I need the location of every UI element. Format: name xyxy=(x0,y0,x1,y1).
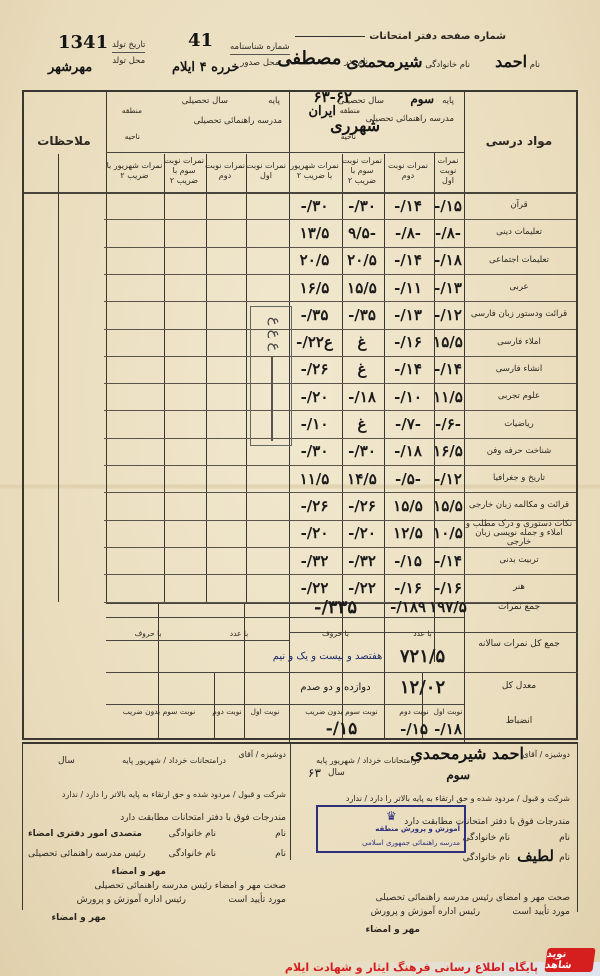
discipline2-term1-label: نوبت اول xyxy=(242,704,288,718)
subject-name: انشاء فارسی xyxy=(462,356,576,383)
grade-shahrivar: ۳۰/- xyxy=(288,192,341,219)
grade-term2: ۱۶/- xyxy=(383,329,433,356)
grade-term2: ۱۰/- xyxy=(383,383,433,410)
grade-shahrivar: ۲۶/- xyxy=(288,356,341,383)
grade-shahrivar: ۳۰/- xyxy=(288,438,341,465)
navid-shahed-logo-icon: نوید شاهد xyxy=(544,948,595,972)
col-header-term3: نمرات نوبت سوم با ضریب ۲ xyxy=(341,152,383,190)
col2-header-term2: نمرات نوبت دوم xyxy=(205,152,245,190)
footer-left: دوشیزه / آقای درامتحانات خرداد / شهریور … xyxy=(28,750,286,923)
grade-term1: ۱۲/- xyxy=(433,301,463,328)
grade-shahrivar: ع۲۲/- xyxy=(288,329,341,356)
grade-shahrivar: ۲۰/۵ xyxy=(288,247,341,274)
grade-term3: ۳۵/- xyxy=(341,301,383,328)
discipline-term3: ۱۵/- xyxy=(288,718,395,740)
subjects-header: مواد درسی xyxy=(462,92,576,190)
grade-shahrivar: ۱۶/۵ xyxy=(288,274,341,301)
subject-name: تعلیمات اجتماعی xyxy=(462,247,576,274)
grade-term3: ۲۰/۵ xyxy=(341,247,383,274)
discipline2-term3-label: نوبت سوم بدون ضریب xyxy=(106,704,212,718)
grade-term2: ۱۵/- xyxy=(383,547,433,574)
grade-term1: ۱۴/- xyxy=(433,356,463,383)
discipline-term2-label: نوبت دوم xyxy=(395,704,433,718)
discipline-term2: ۱۵/- xyxy=(395,718,433,740)
subject-name: تعلیمات دینی xyxy=(462,219,576,246)
grade-term3: ۳۰/- xyxy=(341,438,383,465)
year-block-2: پایه سال تحصیلی مدرسه راهنمائی تحصیلی من… xyxy=(104,94,288,152)
subject-name: شناخت حرفه وفن xyxy=(462,438,576,465)
grade-term1: ۱۵/۵ xyxy=(433,329,463,356)
grade-shahrivar: ۱۱/۵ xyxy=(288,465,341,492)
by-number-label: با عدد xyxy=(383,626,462,640)
discipline-term1-label: نوبت اول xyxy=(433,704,463,718)
father-field: نام پدر مصطفی xyxy=(277,48,368,69)
grade-term2: ۱۴/- xyxy=(383,356,433,383)
subject-name: عربی xyxy=(462,274,576,301)
grade-term3: ۲۰/- xyxy=(341,520,383,547)
grade-term3: غ xyxy=(341,329,383,356)
emblem-icon: ♛ xyxy=(386,809,397,823)
grade-term1: ۱۵/- xyxy=(433,192,463,219)
grade-term1: -۸/- xyxy=(433,219,463,246)
watermark-logo: پایگاه اطلاع رسانی فرهنگ ایثار و شهادت ا… xyxy=(300,948,600,976)
footer-right-line xyxy=(577,742,578,912)
grade-term1: ۱۲/- xyxy=(433,465,463,492)
col-header-shahrivar: نمرات شهریور با ضریب ۲ xyxy=(288,152,341,190)
col-header-term1: نمرات نوبت اول xyxy=(433,152,463,190)
grade-shahrivar: ۲۰/- xyxy=(288,520,341,547)
grade-term1: ۱۴/- xyxy=(433,547,463,574)
grade-term2: ۱۸/- xyxy=(383,438,433,465)
birth-date-label: تاریخ تولد محل تولد xyxy=(112,40,145,66)
grade-term3: ۱۵/۵ xyxy=(341,274,383,301)
grade-term2: ۱۱/- xyxy=(383,274,433,301)
grade-term2: -۸/- xyxy=(383,219,433,246)
year-block-1: پایه سوم سال تحصیلی ۶۳-۶۲ مدرسه راهنمائی… xyxy=(290,94,460,152)
grade-term2: ۱۳/- xyxy=(383,301,433,328)
discipline2-term2-label: نوبت دوم xyxy=(212,704,242,718)
grade-term1: ۱۸/- xyxy=(433,247,463,274)
subject-name: قرآن xyxy=(462,192,576,219)
annual-total-label: جمع کل نمرات سالانه xyxy=(462,624,576,664)
official-stamp: ♛ آموزش و پرورش منطقه مدرسه راهنمائی جمه… xyxy=(316,805,466,853)
annual-total-number: ۷۲۱/۵ xyxy=(383,642,462,670)
discipline-term1: ۱۸/- xyxy=(433,718,463,740)
by-letters-label-2: با حروف xyxy=(106,626,190,640)
grade-term3: ۳۲/- xyxy=(341,547,383,574)
birth-place-value: مهرشهر xyxy=(48,60,92,75)
by-letters-label: با حروف xyxy=(288,626,383,640)
grade-term1: ۱۳/- xyxy=(433,274,463,301)
grade-term2: -۷/- xyxy=(383,410,433,437)
average-number: ۱۲/۰۲ xyxy=(383,672,462,702)
grade-shahrivar: ۱۳/۵ xyxy=(288,219,341,246)
by-number-label-2: با عدد xyxy=(190,626,288,640)
subject-name: علوم تجربی xyxy=(462,383,576,410)
grade-shahrivar: ۳۲/- xyxy=(288,547,341,574)
total-term2: ۱۸۹/- xyxy=(383,592,433,622)
id-number-value: 41 xyxy=(188,30,213,51)
name-field: نام احمد xyxy=(495,52,540,71)
subject-name: تربیت بدنی xyxy=(462,547,576,574)
grade-term1: ۱۶/۵ xyxy=(433,438,463,465)
grade-term3: ۱۸/- xyxy=(341,383,383,410)
footer-mid-line xyxy=(290,742,291,860)
subject-name: املاء فارسی xyxy=(462,329,576,356)
side-annotation-box: ع ع ع xyxy=(250,306,292,446)
grade-term2: ۱۴/- xyxy=(383,247,433,274)
subject-name: نکات دستوری و درک مطلب و املاء و جمله نو… xyxy=(462,520,576,547)
subject-name: تاریخ و جغرافیا xyxy=(462,465,576,492)
average-letters: دوازده و دو صدم xyxy=(288,672,383,702)
exam-book-page-label: شماره صفحه دفتر امتحانات xyxy=(295,31,506,42)
grade-term1: ۱۱/۵ xyxy=(433,383,463,410)
subject-name: ریاضیات xyxy=(462,410,576,437)
remarks-header: ملاحظات xyxy=(24,92,104,190)
discipline-term3-label: نوبت سوم بدون ضریب xyxy=(288,704,395,718)
col2-header-term3: نمرات نوبت سوم با ضریب ۲ xyxy=(163,152,205,190)
grade-term2: ۱۵/۵ xyxy=(383,492,433,519)
grade-term3: -۹/۵ xyxy=(341,219,383,246)
grade-term3: ۱۴/۵ xyxy=(341,465,383,492)
grade-shahrivar: ۲۰/- xyxy=(288,383,341,410)
grade-term1: ۱۰/۵ xyxy=(433,520,463,547)
annual-total-letters: هفتصد و بیست و یک و نیم xyxy=(270,642,385,670)
grade-term2: ۱۲/۵ xyxy=(383,520,433,547)
col2-header-term1: نمرات نوبت اول xyxy=(245,152,287,190)
average-label: معدل کل xyxy=(462,670,576,702)
col-header-term2: نمرات نوبت دوم xyxy=(383,152,433,190)
grade-shahrivar: ۲۶/- xyxy=(288,492,341,519)
subject-name: قرائت ودستور زبان فارسی xyxy=(462,301,576,328)
col2-header-shahrivar: نمرات شهریور با ضریب ۲ xyxy=(106,152,163,190)
grade-term3: غ xyxy=(341,410,383,437)
total-term1: ۱۹۷/۵ xyxy=(433,592,463,622)
grade-term2: ۱۴/- xyxy=(383,192,433,219)
subject-name: قرائت و مکالمه زبان خارجی xyxy=(462,492,576,519)
grade-term3: ۲۶/- xyxy=(341,492,383,519)
grade-term1: -۶/- xyxy=(433,410,463,437)
grade-shahrivar: ۱۰/- xyxy=(288,410,341,437)
discipline-label: انضباط xyxy=(462,702,576,740)
totals-label: جمع نمرات xyxy=(462,592,576,622)
grade-term3: غ xyxy=(341,356,383,383)
birth-date-value: 1341 xyxy=(58,32,108,53)
grade-shahrivar: ۳۵/- xyxy=(288,301,341,328)
total-term3: ۳۳۵/- xyxy=(288,592,383,622)
grade-term2: -۵/- xyxy=(383,465,433,492)
issue-place-value: خرره ۴ ایلام xyxy=(172,60,239,75)
grade-term3: ۳۰/- xyxy=(341,192,383,219)
grade-term1: ۱۵/۵ xyxy=(433,492,463,519)
footer-left-line xyxy=(22,742,23,910)
